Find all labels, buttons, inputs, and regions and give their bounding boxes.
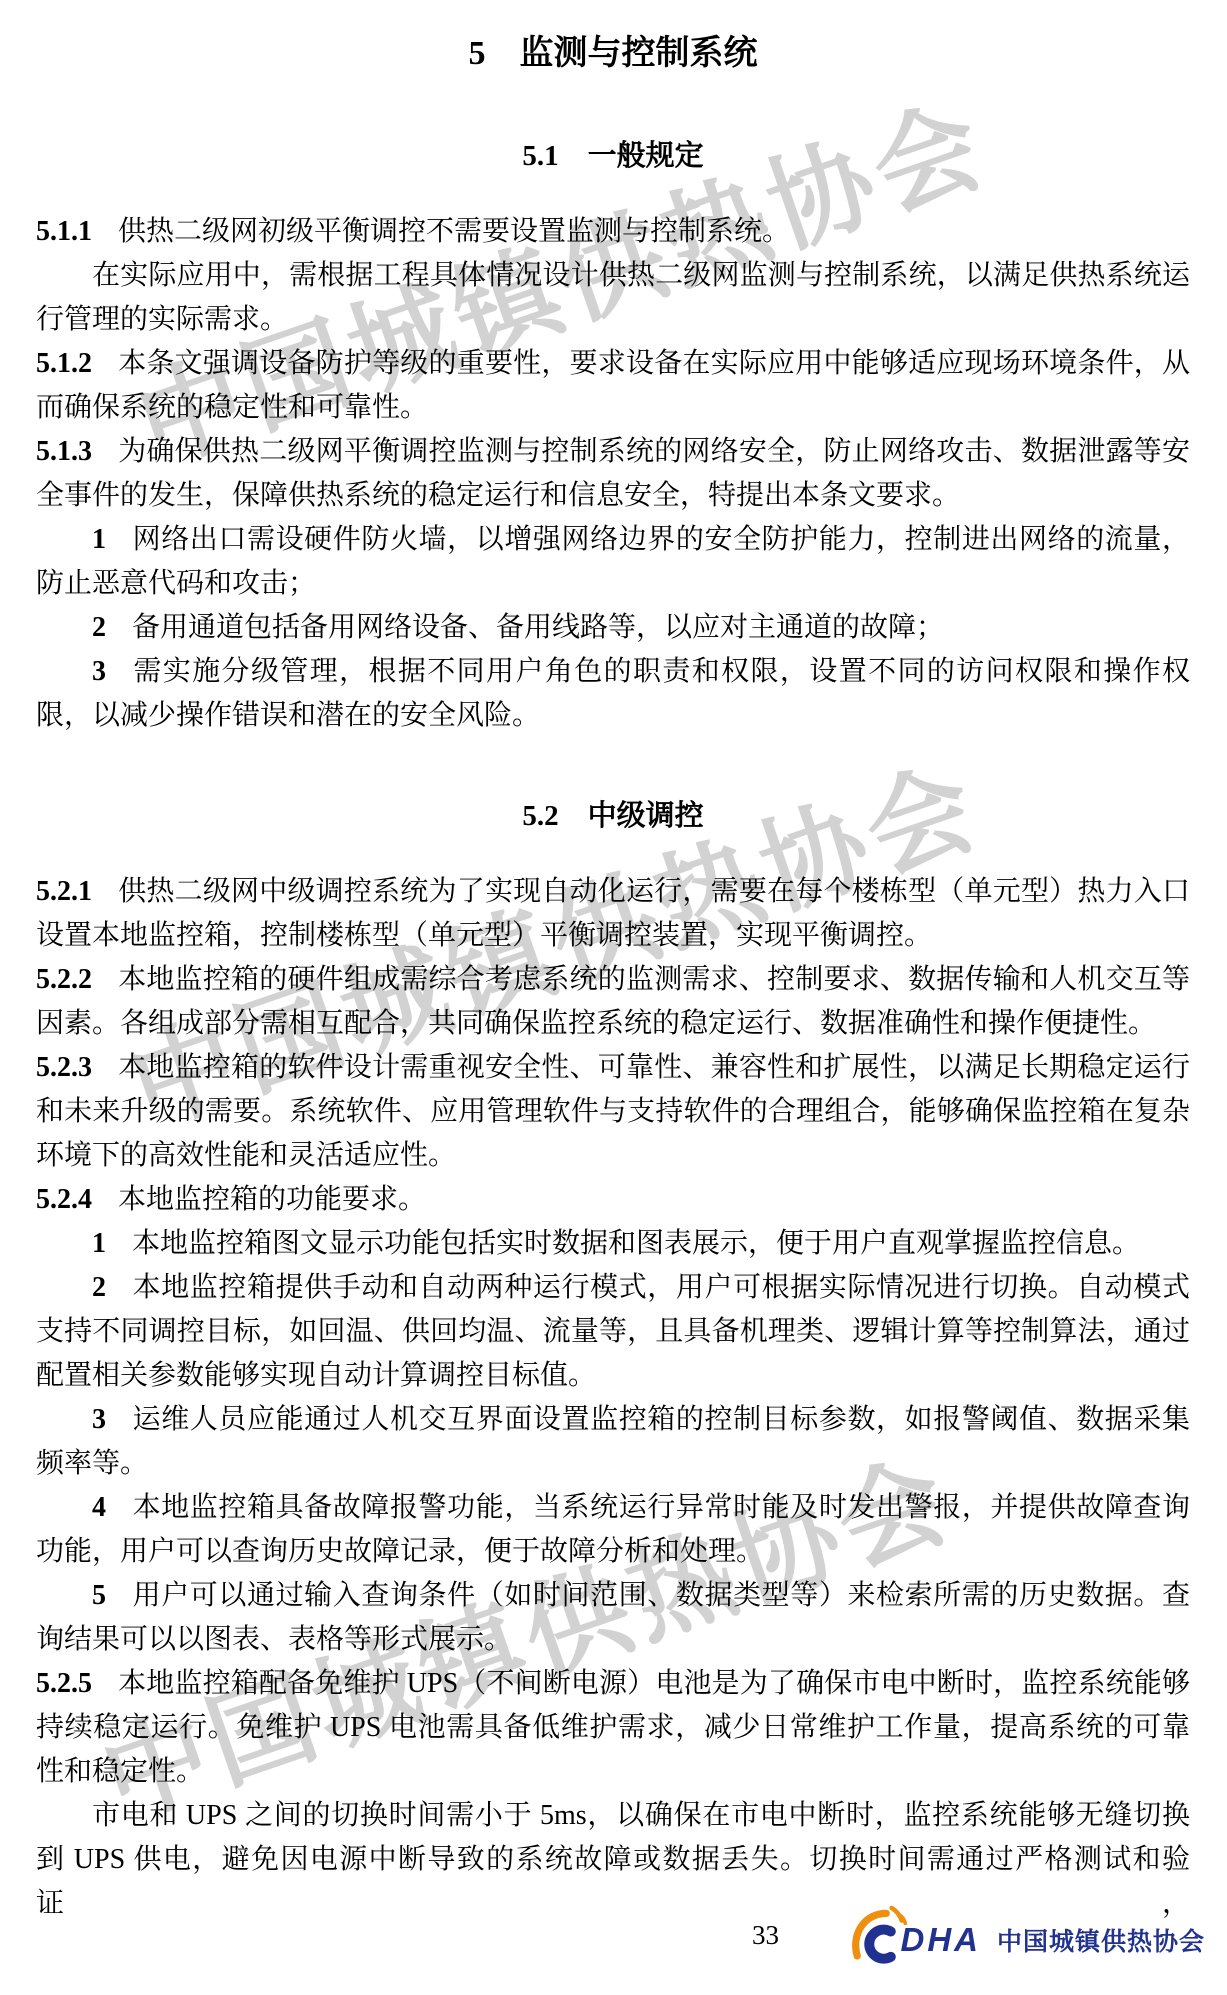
clause-text: 供热二级网初级平衡调控不需要设置监测与控制系统。	[118, 216, 790, 247]
clause-paragraph: 5.2.2本地监控箱的硬件组成需综合考虑系统的监测需求、控制要求、数据传输和人机…	[36, 958, 1190, 1046]
clause-number: 5.2.1	[36, 876, 92, 907]
clause-number: 5.2.2	[36, 964, 92, 995]
item-text: 本地监控箱提供手动和自动两种运行模式，用户可根据实际情况进行切换。自动模式支持不…	[36, 1272, 1190, 1391]
clause-number: 5.2.5	[36, 1668, 92, 1699]
paragraph-text: 在实际应用中，需根据工程具体情况设计供热二级网监测与控制系统，以满足供热系统运行…	[36, 260, 1190, 335]
cdha-logo: DHA 中国城镇供热协会	[850, 1898, 1205, 1974]
clause-paragraph: 5.1.2本条文强调设备防护等级的重要性，要求设备在实际应用中能够适应现场环境条…	[36, 342, 1190, 430]
body-paragraph: 在实际应用中，需根据工程具体情况设计供热二级网监测与控制系统，以满足供热系统运行…	[36, 254, 1190, 342]
clause-number: 5.1.3	[36, 436, 92, 467]
clause-paragraph: 5.1.1供热二级网初级平衡调控不需要设置监测与控制系统。	[36, 210, 1190, 254]
list-item: 2备用通道包括备用网络设备、备用线路等，以应对主通道的故障；	[36, 606, 1190, 650]
clause-text: 本地监控箱配备免维护 UPS（不间断电源）电池是为了确保市电中断时，监控系统能够…	[36, 1668, 1190, 1787]
list-item: 2本地监控箱提供手动和自动两种运行模式，用户可根据实际情况进行切换。自动模式支持…	[36, 1266, 1190, 1398]
item-text: 本地监控箱图文显示功能包括实时数据和图表展示，便于用户直观掌握监控信息。	[132, 1228, 1140, 1259]
clause-number: 5.2.3	[36, 1052, 92, 1083]
chapter-title: 5 监测与控制系统	[36, 30, 1190, 78]
list-item: 1本地监控箱图文显示功能包括实时数据和图表展示，便于用户直观掌握监控信息。	[36, 1222, 1190, 1266]
item-number: 1	[92, 524, 106, 555]
page-content: 5 监测与控制系统 5.1 一般规定 5.1.1供热二级网初级平衡调控不需要设置…	[0, 30, 1227, 1926]
clause-number: 5.1.1	[36, 216, 92, 247]
list-item: 3需实施分级管理，根据不同用户角色的职责和权限，设置不同的访问权限和操作权限，以…	[36, 650, 1190, 738]
clause-paragraph: 5.2.1供热二级网中级调控系统为了实现自动化运行，需要在每个楼栋型（单元型）热…	[36, 870, 1190, 958]
item-text: 用户可以通过输入查询条件（如时间范围、数据类型等）来检索所需的历史数据。查询结果…	[36, 1580, 1190, 1655]
clause-text: 本地监控箱的功能要求。	[118, 1184, 426, 1215]
item-text: 运维人员应能通过人机交互界面设置监控箱的控制目标参数，如报警阈值、数据采集频率等…	[36, 1404, 1190, 1479]
item-number: 2	[92, 612, 106, 643]
clause-text: 为确保供热二级网平衡调控监测与控制系统的网络安全，防止网络攻击、数据泄露等安全事…	[36, 436, 1190, 511]
item-number: 5	[92, 1580, 106, 1611]
clause-paragraph: 5.2.5本地监控箱配备免维护 UPS（不间断电源）电池是为了确保市电中断时，监…	[36, 1662, 1190, 1794]
section-heading-5-1: 5.1 一般规定	[36, 134, 1190, 178]
clause-number: 5.1.2	[36, 348, 92, 379]
section-heading-5-2: 5.2 中级调控	[36, 794, 1190, 838]
list-item: 5用户可以通过输入查询条件（如时间范围、数据类型等）来检索所需的历史数据。查询结…	[36, 1574, 1190, 1662]
logo-acronym: DHA	[900, 1921, 981, 1959]
list-item: 3运维人员应能通过人机交互界面设置监控箱的控制目标参数，如报警阈值、数据采集频率…	[36, 1398, 1190, 1486]
clause-text: 供热二级网中级调控系统为了实现自动化运行，需要在每个楼栋型（单元型）热力入口设置…	[36, 876, 1190, 951]
item-text: 备用通道包括备用网络设备、备用线路等，以应对主通道的故障；	[132, 612, 944, 643]
list-item: 1网络出口需设硬件防火墙，以增强网络边界的安全防护能力，控制进出网络的流量，防止…	[36, 518, 1190, 606]
item-text: 本地监控箱具备故障报警功能，当系统运行异常时能及时发出警报，并提供故障查询功能，…	[36, 1492, 1190, 1567]
clause-paragraph: 5.2.4本地监控箱的功能要求。	[36, 1178, 1190, 1222]
clause-text: 本地监控箱的软件设计需重视安全性、可靠性、兼容性和扩展性，以满足长期稳定运行和未…	[36, 1052, 1190, 1171]
item-number: 4	[92, 1492, 106, 1523]
item-number: 3	[92, 1404, 106, 1435]
item-text: 需实施分级管理，根据不同用户角色的职责和权限，设置不同的访问权限和操作权限，以减…	[36, 656, 1190, 731]
logo-organization-name: 中国城镇供热协会	[997, 1922, 1205, 1958]
document-page: 中国城镇供热协会 中国城镇供热协会 中国城镇供热协会 5 监测与控制系统 5.1…	[0, 0, 1227, 1995]
clause-text: 本条文强调设备防护等级的重要性，要求设备在实际应用中能够适应现场环境条件，从而确…	[36, 348, 1190, 423]
list-item: 4本地监控箱具备故障报警功能，当系统运行异常时能及时发出警报，并提供故障查询功能…	[36, 1486, 1190, 1574]
clause-text: 本地监控箱的硬件组成需综合考虑系统的监测需求、控制要求、数据传输和人机交互等因素…	[36, 964, 1190, 1039]
item-number: 1	[92, 1228, 106, 1259]
item-number: 3	[92, 656, 106, 687]
item-number: 2	[92, 1272, 106, 1303]
page-number: 33	[752, 1918, 779, 1952]
clause-paragraph: 5.2.3本地监控箱的软件设计需重视安全性、可靠性、兼容性和扩展性，以满足长期稳…	[36, 1046, 1190, 1178]
item-text: 网络出口需设硬件防火墙，以增强网络边界的安全防护能力，控制进出网络的流量，防止恶…	[36, 524, 1190, 599]
clause-paragraph: 5.1.3为确保供热二级网平衡调控监测与控制系统的网络安全，防止网络攻击、数据泄…	[36, 430, 1190, 518]
clause-number: 5.2.4	[36, 1184, 92, 1215]
logo-c-crescent	[870, 1930, 892, 1959]
